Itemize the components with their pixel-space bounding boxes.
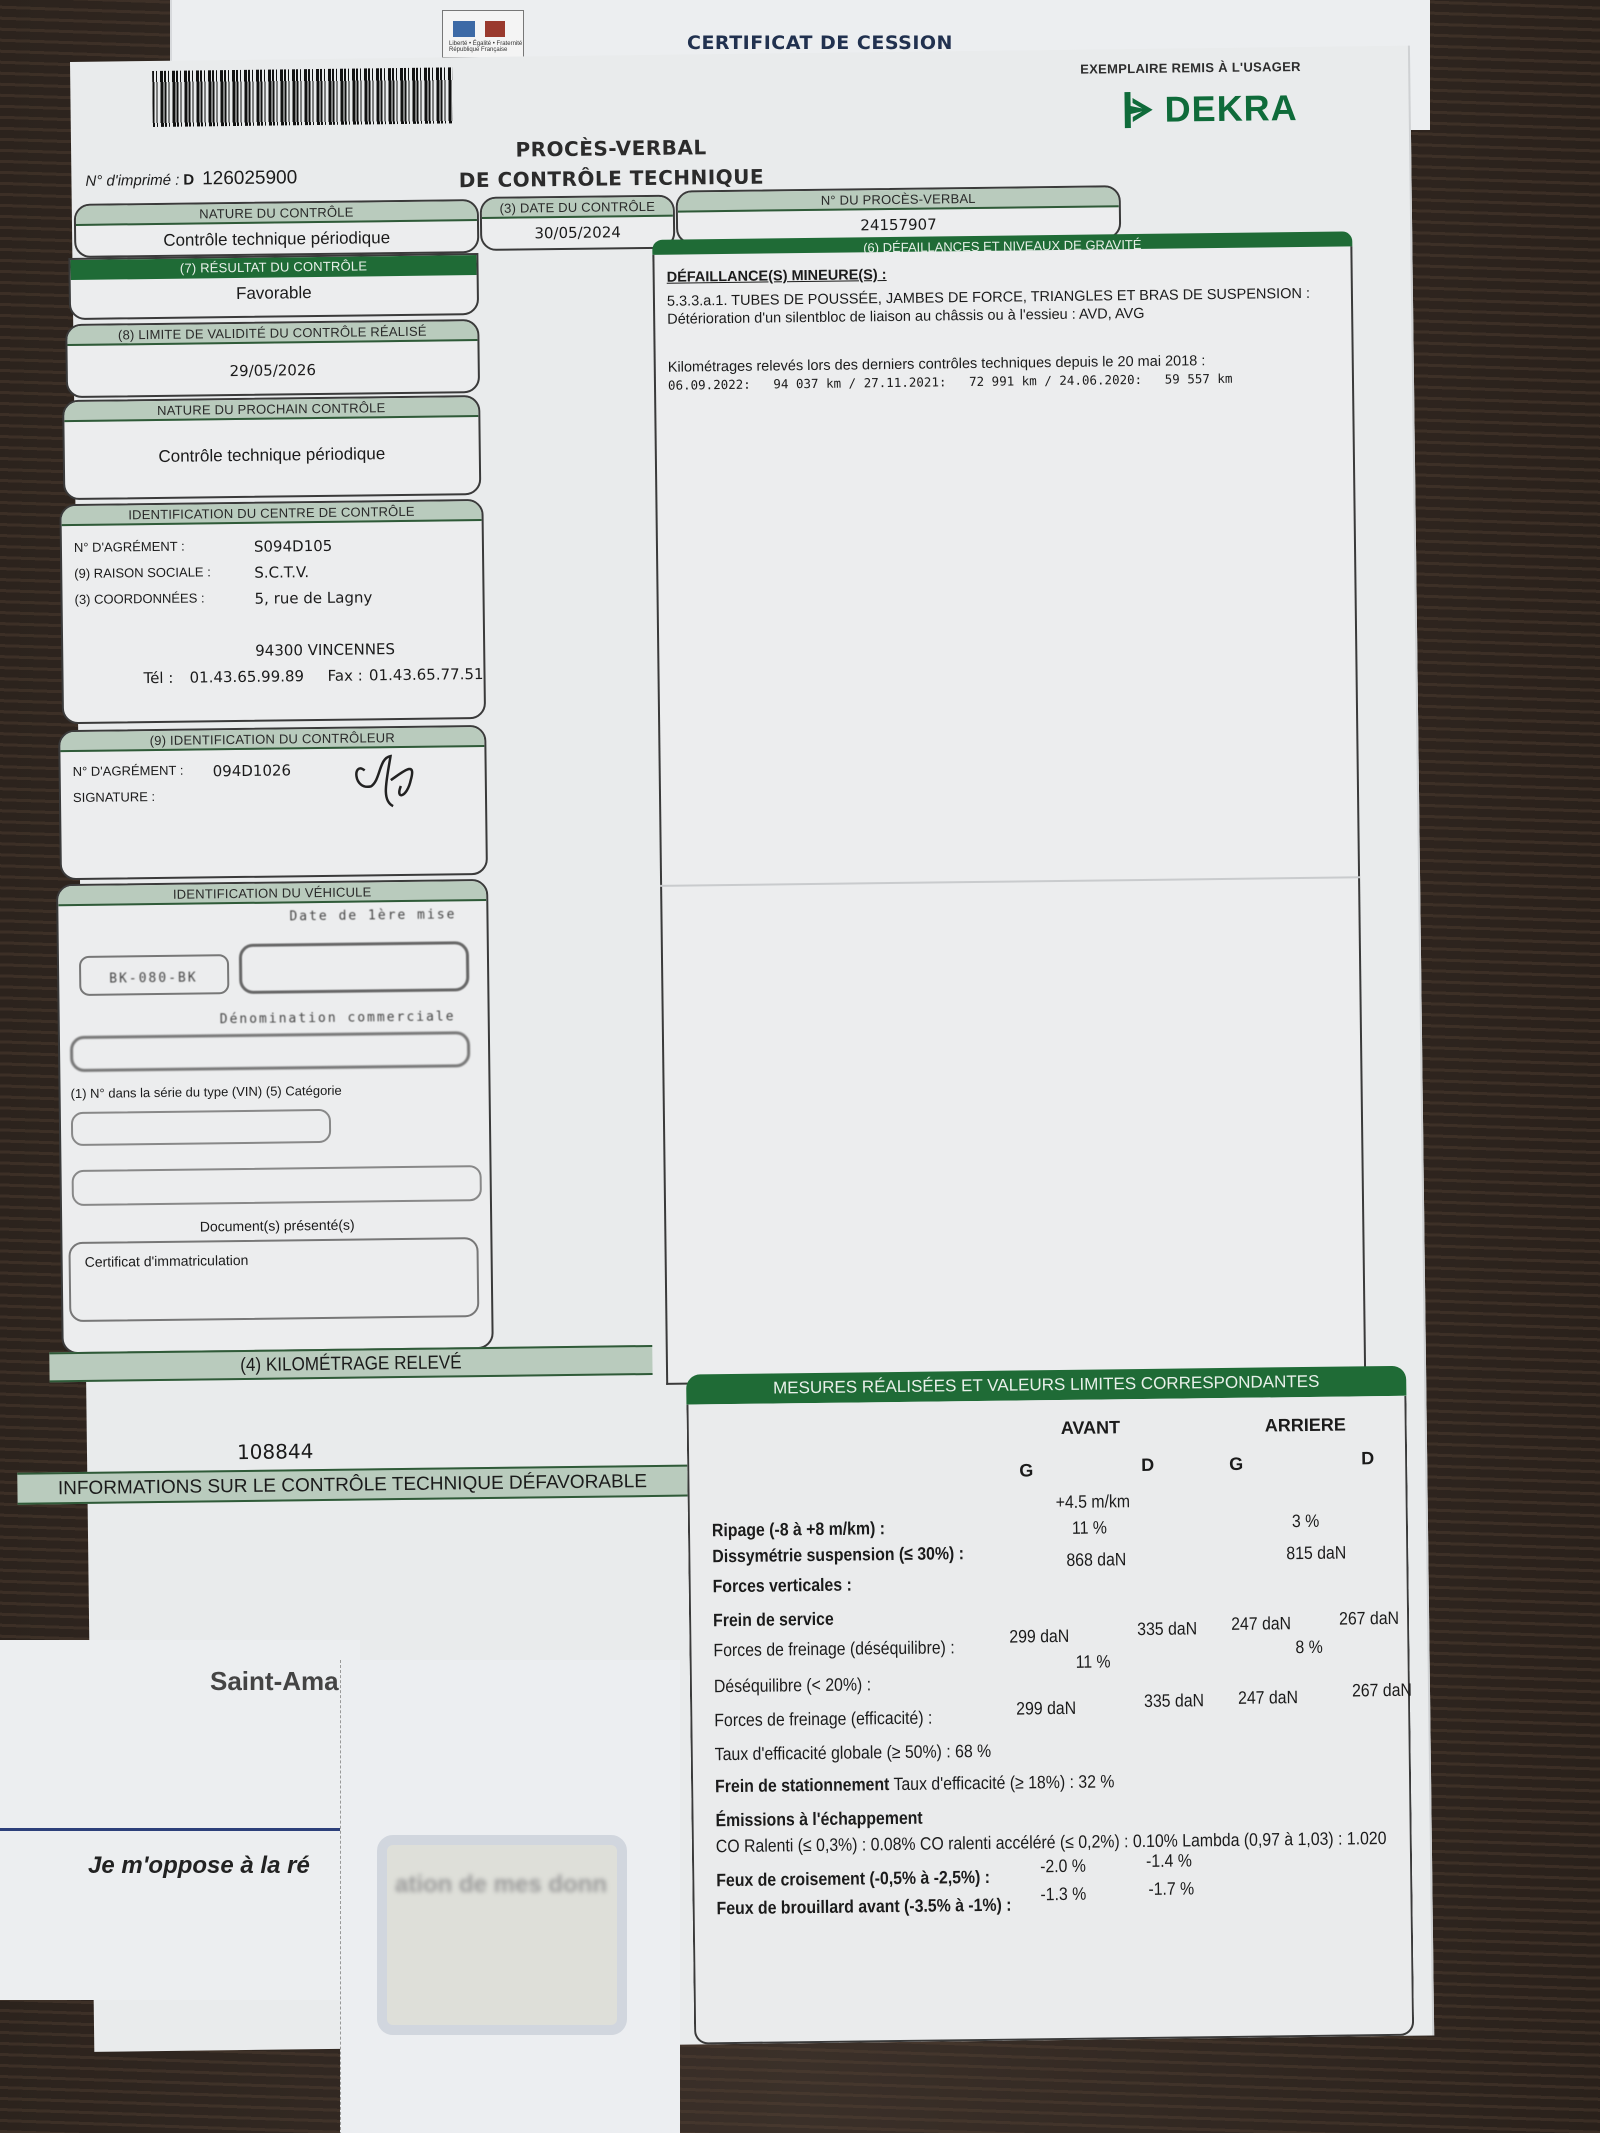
mileage-value: 108844 (237, 1439, 314, 1464)
emissions-values: CO Ralenti (≤ 0,3%) : 0.08% CO ralenti a… (716, 1828, 1387, 1857)
date-controle-value: 30/05/2024 (482, 217, 673, 249)
centre-raison-sociale: S.C.T.V. (254, 563, 309, 582)
copy-label: EXEMPLAIRE REMIS À L'USAGER (1080, 59, 1301, 77)
vehicle-box: IDENTIFICATION DU VÉHICULE Date de 1ère … (56, 879, 494, 1354)
nature-controle-value: Contrôle technique périodique (76, 221, 477, 258)
underlying-form: Saint-Aman Je m'oppose à la ré (0, 1640, 360, 2000)
validity-box: (8) LIMITE DE VALIDITÉ DU CONTRÔLE RÉALI… (65, 319, 480, 398)
documents-box: Certificat d'immatriculation (68, 1237, 479, 1322)
forces-vert-avant: 868 daN (1066, 1549, 1126, 1571)
next-control-value: Contrôle technique périodique (64, 417, 479, 474)
result-value: Favorable (71, 275, 477, 312)
envelope-window: ation de mes donn (377, 1835, 627, 2035)
measures-box: AVANT ARRIERE G D G D +4.5 m/km Ripage (… (686, 1396, 1414, 2045)
page-title: PROCÈS-VERBAL DE CONTRÔLE TECHNIQUE (401, 131, 822, 196)
nature-controle-box: NATURE DU CONTRÔLE Contrôle technique pé… (74, 199, 480, 258)
signature (350, 750, 431, 811)
documents-value: Certificat d'immatriculation (85, 1252, 249, 1270)
centre-fax: 01.43.65.77.51 (369, 665, 484, 684)
defects-heading: DÉFAILLANCE(S) MINEURE(S) : (667, 261, 1339, 287)
dissym-arriere: 3 % (1292, 1511, 1320, 1532)
centre-box: IDENTIFICATION DU CENTRE DE CONTRÔLE N° … (59, 499, 486, 724)
unfavorable-info-band: INFORMATIONS SUR LE CONTRÔLE TECHNIQUE D… (17, 1465, 687, 1505)
ripage-label: Ripage (-8 à +8 m/km) : (712, 1518, 885, 1541)
dekra-brand: DEKRA (1120, 87, 1298, 131)
validity-value: 29/05/2026 (67, 341, 477, 388)
centre-address-line2: 94300 VINCENNES (255, 640, 395, 660)
forces-vert-arriere: 815 daN (1286, 1543, 1346, 1565)
ripage-avant: +4.5 m/km (1056, 1491, 1131, 1513)
controller-agrement: 094D1026 (213, 761, 292, 780)
imprime-number: N° d'imprimé :D126025900 (85, 167, 297, 192)
controller-box: (9) IDENTIFICATION DU CONTRÔLEUR N° D'AG… (58, 725, 488, 880)
parking-efficiency: Taux d'efficacité (≥ 18%) : 32 % (893, 1771, 1114, 1794)
date-controle-box: (3) DATE DU CONTRÔLE 30/05/2024 (480, 195, 676, 251)
km-history: Kilométrages relevés lors des derniers c… (668, 351, 1340, 395)
global-efficiency: Taux d'efficacité globale (≥ 50%) : 68 % (715, 1741, 992, 1765)
centre-phone: 01.43.65.99.89 (189, 667, 327, 687)
dissym-avant: 11 % (1072, 1517, 1107, 1538)
barcode (152, 67, 453, 127)
next-control-box: NATURE DU PROCHAIN CONTRÔLE Contrôle tec… (62, 395, 481, 500)
defects-box: DÉFAILLANCE(S) MINEURE(S) : 5.3.3.a.1. T… (652, 246, 1366, 1384)
result-box: (7) RÉSULTAT DU CONTRÔLE Favorable (68, 253, 479, 320)
defect-item: 5.3.3.a.1. TUBES DE POUSSÉE, JAMBES DE F… (667, 285, 1339, 329)
cession-title: CERTIFICAT DE CESSION (687, 32, 953, 54)
dekra-logo-icon (1120, 90, 1156, 130)
documents-label: Document(s) présenté(s) (62, 1215, 492, 1236)
centre-address-line1: 5, rue de Lagny (254, 588, 372, 607)
vehicle-plate-redacted: BK-080-BK (109, 971, 198, 987)
envelope: ation de mes donn (340, 1660, 680, 2133)
marianne-logo: Liberté • Égalité • Fraternité Républiqu… (442, 10, 524, 58)
mileage-band: (4) KILOMÉTRAGE RELEVÉ (49, 1345, 652, 1382)
centre-agrement: S094D105 (254, 537, 333, 556)
